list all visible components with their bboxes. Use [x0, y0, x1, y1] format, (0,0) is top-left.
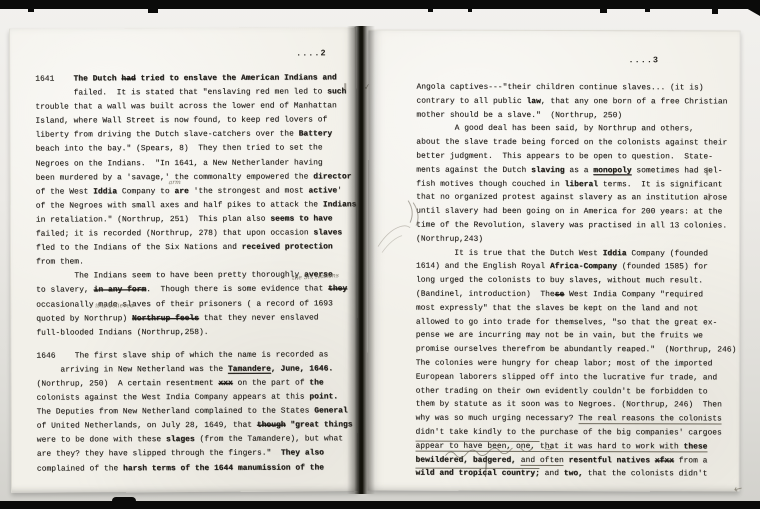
typed-line: promise ourselves therefrom be abundantl… [416, 343, 737, 358]
page-3: ....3 Angola captives---"their children … [367, 30, 740, 492]
margin-scribble [374, 189, 422, 263]
typed-line: trouble that a wall was built across the… [35, 99, 356, 114]
typed-line: in retaliation." (Northrup, 251) This pl… [36, 212, 357, 227]
film-mark [148, 9, 158, 13]
typed-line: failed. It is stated that "enslaving red… [35, 85, 356, 100]
typed-line: liberty from driving the Dutch slave-cat… [35, 128, 356, 143]
film-border-top [0, 0, 760, 9]
typed-line: were to be done with these slages (from … [37, 433, 358, 448]
typed-line: contrary to all public law, that any one… [416, 94, 737, 109]
typed-line: time of the Revolution, slavery was prac… [416, 219, 737, 234]
film-mark [712, 9, 718, 14]
page-number: ....3 [629, 55, 660, 65]
typed-line: are they? they have slipped through the … [37, 447, 358, 462]
typed-line: been murdered by a 'savage,' the commona… [36, 170, 357, 185]
typed-line: about the slave trade being forced on th… [416, 136, 737, 151]
pencil-tick [344, 83, 346, 90]
typed-line: colonists against the West India Company… [37, 390, 358, 405]
typed-line: of United Netherlands, on July 28, 1649,… [37, 418, 358, 433]
typed-line: better judgment. This appears to be open… [416, 150, 737, 165]
typed-line: It is true that the Dutch West Iddia Com… [416, 246, 737, 261]
typed-line: ments against the Dutch slaving as a mon… [416, 163, 737, 178]
book-gutter [347, 26, 375, 494]
typed-line: Island, where Wall Street is now found, … [35, 114, 356, 129]
typed-line: fish motives though couched in liberal t… [416, 177, 737, 192]
typed-line: of the Negroes with small axes and half … [36, 198, 357, 213]
page-2: ....2 1641 The Dutch had tried to enslav… [9, 27, 358, 493]
typed-line: The colonies were hungry for cheap labor… [416, 357, 737, 372]
typed-line: 1614) and the English Royal Africa-Compa… [416, 260, 737, 275]
typed-line: other trading on their own evidently cou… [416, 384, 737, 399]
typed-line: fled to the Indians of the Six Nations a… [36, 240, 357, 255]
typed-line: complained of the harsh terms of the 164… [37, 461, 358, 476]
typed-line: mother should be a slave." (Northrup, 25… [416, 108, 737, 123]
typed-line: arriving in New Netherland was the Taman… [36, 362, 357, 377]
typed-line: that no organized protest against slaver… [416, 191, 737, 206]
typed-line: of the West Iddia Company to are 'the st… [36, 184, 357, 199]
typed-line: pense we are incurring may not be in vai… [416, 329, 737, 344]
typed-line: (Northrup, 250) A certain resentment xxx… [37, 376, 358, 391]
typed-line: why was so much urging necessary? The re… [416, 412, 737, 427]
typed-line: failed; it is recorded (Northrup, 278) t… [36, 226, 357, 241]
film-mark [468, 9, 472, 12]
typed-line: from them. [36, 254, 357, 269]
film-mark [112, 497, 136, 503]
page-3-text: Angola captives---"their children contin… [415, 81, 737, 482]
handwritten-note-arm: arm [169, 179, 181, 186]
pencil-arrow: ← [733, 483, 744, 496]
typed-line: until slavery had been going on in Ameri… [416, 205, 737, 220]
typed-line: occasionally made slaves of their prison… [36, 297, 357, 312]
typed-line: quoted by Northrup) Northrup feels that … [36, 311, 357, 326]
typed-line: Negroes on the Indians. "In 1641, a New … [36, 156, 357, 171]
typed-line: European laborers slipped off into the l… [416, 370, 737, 385]
film-mark [600, 9, 607, 13]
typed-line: most expressly" that the slaves be kept … [416, 301, 737, 316]
typed-line: long urged the colonists to buy slaves, … [416, 274, 737, 289]
typed-line: (Bandinel, introduction) These West Indi… [416, 288, 737, 303]
typed-line: full-blooded Indians (Northrup,258). [36, 325, 357, 340]
typed-line: allowed to go into trade for themselves,… [416, 315, 737, 330]
typed-line: 1641 The Dutch had tried to enslave the … [35, 71, 356, 86]
typed-line: wild and tropical country; and two, that… [415, 467, 736, 482]
film-mark [428, 9, 433, 12]
film-mark [28, 9, 34, 12]
handwritten-note-illegible [443, 448, 593, 460]
handwritten-note-it-is-believed: it is believed [95, 302, 134, 309]
typed-line: didn't take kindly to the purchase of th… [416, 426, 737, 441]
typed-line: (Northrup,243) [416, 232, 737, 247]
page-number: ....2 [296, 48, 327, 58]
typed-line: The Deputies from New Netherland complai… [37, 404, 358, 419]
typed-line: 1646 The first slave ship of which the n… [36, 348, 357, 363]
pencil-tick [706, 167, 708, 175]
film-mark [645, 9, 650, 12]
typed-line: to slavery, in any form. Though there is… [36, 283, 357, 298]
typed-line: beach into the bay." (Spears, 8) They th… [35, 142, 356, 157]
pencil-tick [708, 193, 710, 200]
typed-line: them by statute as it soon was to Negroe… [416, 398, 737, 413]
typed-line: Angola captives---"their children contin… [416, 81, 737, 96]
typed-line: A good deal has been said, by Northrup a… [416, 122, 737, 137]
